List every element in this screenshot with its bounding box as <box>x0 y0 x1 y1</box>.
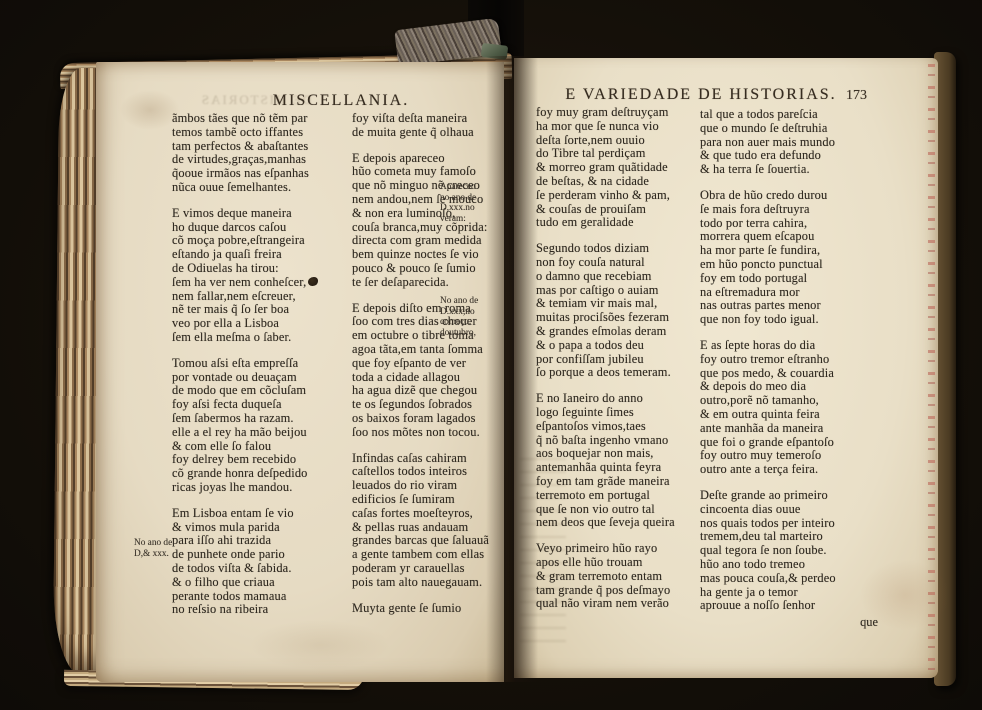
poem-line: E as ſepte horas do dia <box>700 339 878 353</box>
poem-line: por vontade ou deuaçam <box>172 371 354 385</box>
poem-line: o damno que recebiam <box>536 270 718 284</box>
right-running-title: E VARIEDADE DE HISTORIAS. <box>536 86 866 104</box>
poem-line: bem quinze noctes ſe vio <box>352 248 530 262</box>
poem-line: ſem ſabermos ha razam. <box>172 412 354 426</box>
poem-line: ſoo nos mõtes non tocou. <box>352 426 530 440</box>
poem-line: eſpantoſos vimos,taes <box>536 420 718 434</box>
poem-line: os baixos foram lagados <box>352 412 530 426</box>
clasp-fragment <box>481 43 509 60</box>
poem-line: foy viſta deſta maneira <box>352 112 530 126</box>
poem-line: & o filho que criaua <box>172 576 354 590</box>
right-page: E VARIEDADE DE HISTORIAS. 173 foy muy gr… <box>514 58 938 678</box>
poem-line: de beſtas, & na cidade <box>536 175 718 189</box>
margin-note-comet: Apareceono ano deD,xxx.noveram: <box>440 182 502 224</box>
poem-line: nas outras partes menor <box>700 299 878 313</box>
poem-line: ſo porque a deos temeram. <box>536 366 718 380</box>
poem-line: nũca ouue ſemelhantes. <box>172 181 354 195</box>
poem-line: & morreo gram quãtidade <box>536 161 718 175</box>
poem-line: caſtellos todos inteiros <box>352 465 530 479</box>
left-running-title: MISCELLANIA. <box>191 92 491 110</box>
book-photograph: { "scene": { "background_color": "#15110… <box>0 0 982 710</box>
poem-line: & pellas ruas andauam <box>352 521 530 535</box>
poem-line: Tomou aſsi eſta empreſſa <box>172 357 354 371</box>
poem-line: nẽ ter mais q̃ ſo ſer boa <box>172 303 354 317</box>
poem-line: veo por ella a Lisboa <box>172 317 354 331</box>
poem-line: de Odiuelas ha tirou: <box>172 262 354 276</box>
poem-line: eſtando ja quaſi freira <box>172 248 354 262</box>
red-sprinkled-fore-edge <box>928 64 935 670</box>
poem-line: aos boquejar non mais, <box>536 447 718 461</box>
margin-note-october: No ano deD.xxx,nocomeço.doutubro, <box>440 296 502 338</box>
stanza: Em Lisboa entam ſe vio& vimos mula parid… <box>172 507 354 617</box>
margin-note-line: D,& xxx. <box>134 549 172 560</box>
poem-line: & em outra quinta feira <box>700 408 878 422</box>
page-number: 173 <box>846 88 867 104</box>
poem-line: directa com gram medida <box>352 234 530 248</box>
poem-line: que foy eſpanto de ver <box>352 357 530 371</box>
poem-line: foy em todo portugal <box>700 272 878 286</box>
poem-line: Infindas caſas cahiram <box>352 452 530 466</box>
poem-line: poderam yr carauellas <box>352 562 530 576</box>
poem-line: ſem ella meſma o ſaber. <box>172 331 354 345</box>
poem-line: cõ moça pobre,eſtrangeira <box>172 234 354 248</box>
stanza: foy viſta deſta maneirade muita gente q̃… <box>352 112 530 140</box>
poem-line: todo por terra cahira, <box>700 217 878 231</box>
poem-line: mas por caſtigo o auiam <box>536 284 718 298</box>
margin-note-line: No ano de <box>440 296 502 307</box>
poem-line: outro ante a terça feira. <box>700 463 878 477</box>
poem-line: & gram terremoto entam <box>536 570 718 584</box>
poem-line: qual tegora ſe non ſoube. <box>700 544 878 558</box>
stanza: E as ſepte horas do diafoy outro tremor … <box>700 339 878 477</box>
poem-line: para iſſo ahi trazida <box>172 534 354 548</box>
poem-line: por confiſſam jubileu <box>536 353 718 367</box>
stanza: Segundo todos diziamnon foy couſa natura… <box>536 242 718 380</box>
poem-line: morrera quem eſcapou <box>700 230 878 244</box>
margin-note-line: começo. <box>440 317 502 328</box>
poem-line: E no Ianeiro do anno <box>536 392 718 406</box>
poem-line: que pos medo, & couardia <box>700 367 878 381</box>
poem-line: ſe mais fora deſtruyra <box>700 203 878 217</box>
stanza: Veyo primeiro hũo rayoapos elle hũo trou… <box>536 542 718 611</box>
poem-line: & que tudo era defundo <box>700 149 878 163</box>
poem-line: deſta ſorte,nem ouuio <box>536 134 718 148</box>
stanza: foy muy gram deſtruyçamha mor que ſe nun… <box>536 106 718 230</box>
poem-line: perante todos mamaua <box>172 590 354 604</box>
stanza: Tomou aſsi eſta empreſſapor vontade ou d… <box>172 357 354 495</box>
poem-line: pouco & pouco ſe ſumio <box>352 262 530 276</box>
poem-line: a gente tambem com ellas <box>352 548 530 562</box>
poem-line: temos tambẽ octo iffantes <box>172 126 354 140</box>
stanza: Obra de hũo credo durouſe mais fora deſt… <box>700 189 878 327</box>
poem-line: & o papa a todos deu <box>536 339 718 353</box>
poem-line: do Tibre tal perdiçam <box>536 147 718 161</box>
poem-line: foy outro tremor eſtranho <box>700 353 878 367</box>
poem-line: caſas fortes moeſteyros, <box>352 507 530 521</box>
poem-line: tam perfectos & abaſtantes <box>172 140 354 154</box>
stanza: E no Ianeiro do annologo ſeguinte ſimese… <box>536 392 718 530</box>
poem-line: tal que a todos pareſcia <box>700 108 878 122</box>
poem-line: foy aſsi fecta duqueſa <box>172 398 354 412</box>
margin-note-line: D,xxx.no <box>440 203 502 214</box>
poem-line: aprouue a noſſo ſenhor <box>700 599 878 613</box>
poem-line: na eſtremadura mor <box>700 286 878 300</box>
poem-line: & depois do meo dia <box>700 380 878 394</box>
poem-line: ãmbos tães que nõ tẽm par <box>172 112 354 126</box>
margin-note-line: Apareceo <box>440 182 502 193</box>
poem-line: te ſer deſaparecida. <box>352 276 530 290</box>
poem-line: de modo que em cõcluſam <box>172 384 354 398</box>
stanza: Deſte grande ao primeirocincoenta dias o… <box>700 489 878 613</box>
margin-note-line: doutubro, <box>440 328 502 339</box>
poem-line: ha mor parte ſe fundira, <box>700 244 878 258</box>
poem-line: & couſas de prouiſam <box>536 203 718 217</box>
poem-line: cõ grande honra deſpedido <box>172 467 354 481</box>
poem-line: ho duque darcos caſou <box>172 221 354 235</box>
poem-line: para non auer mais mundo <box>700 136 878 150</box>
poem-line: & vimos mula parida <box>172 521 354 535</box>
poem-line: Veyo primeiro hũo rayo <box>536 542 718 556</box>
stanza: ãmbos tães que nõ tẽm partemos tambẽ oct… <box>172 112 354 195</box>
poem-line: que non foy todo igual. <box>700 313 878 327</box>
margin-note-line: No ano de <box>134 538 172 549</box>
poem-line: pois tam alto nauegauam. <box>352 576 530 590</box>
poem-line: te os ſegundos ſobrados <box>352 398 530 412</box>
margin-note-line: D.xxx,no <box>440 307 502 318</box>
poem-line: edificios ſe ſumiram <box>352 493 530 507</box>
poem-line: cincoenta dias ouue <box>700 503 878 517</box>
margin-note-year: No ano deD,& xxx. <box>134 538 172 559</box>
poem-line: & grandes eſmolas deram <box>536 325 718 339</box>
poem-line: outro,porẽ nõ tamanho, <box>700 394 878 408</box>
poem-line: elle a el rey ha mão beijou <box>172 426 354 440</box>
poem-line: Segundo todos diziam <box>536 242 718 256</box>
poem-line: mas pouca couſa,& perdeo <box>700 572 878 586</box>
poem-line: ha gente ja o temor <box>700 586 878 600</box>
poem-line: Obra de hũo credo durou <box>700 189 878 203</box>
poem-line: de punhete onde pario <box>172 548 354 562</box>
stanza: Infindas caſas cahiramcaſtellos todos in… <box>352 452 530 590</box>
poem-line: leuados do rio viram <box>352 479 530 493</box>
poem-line: foy em tam grãde maneira <box>536 475 718 489</box>
margin-note-line: veram: <box>440 214 502 225</box>
poem-line: tremem,deu tal marteiro <box>700 530 878 544</box>
poem-line: ſe perderam vinho & pam, <box>536 189 718 203</box>
poem-line: toda a cidade allagou <box>352 371 530 385</box>
poem-line: q̃ nõ baſta ingenho vmano <box>536 434 718 448</box>
poem-line: logo ſeguinte ſimes <box>536 406 718 420</box>
poem-line: nos quais todos per inteiro <box>700 517 878 531</box>
poem-line: ante manhãa da maneira <box>700 422 878 436</box>
poem-line: E depois apareceo <box>352 152 530 166</box>
poem-line: & com elle ſo falou <box>172 440 354 454</box>
poem-line: que ſe non vio outro tal <box>536 503 718 517</box>
poem-line: & temiam vir mais mal, <box>536 297 718 311</box>
poem-line: que foi o grande eſpantoſo <box>700 436 878 450</box>
poem-line: foy outro muy temeroſo <box>700 449 878 463</box>
poem-line: no reſsio na ribeira <box>172 603 354 617</box>
poem-line: terremoto em portugal <box>536 489 718 503</box>
poem-line: hũo ano todo tremeo <box>700 558 878 572</box>
left-page-column-1: ãmbos tães que nõ tẽm partemos tambẽ oct… <box>172 112 354 629</box>
poem-line: apos elle hũo trouam <box>536 556 718 570</box>
poem-line: foy muy gram deſtruyçam <box>536 106 718 120</box>
poem-line: antemanhãa quinta feyra <box>536 461 718 475</box>
poem-line: ſem ha ver nem conheſcer, <box>172 276 354 290</box>
poem-line: non foy couſa natural <box>536 256 718 270</box>
left-page: DE HISTORIAS MISCELLANIA. ãmbos tães que… <box>96 62 504 682</box>
poem-line: & ha terra ſe ſouertia. <box>700 163 878 177</box>
poem-line: ha mor que ſe nunca vio <box>536 120 718 134</box>
poem-line: foy delrey bem recebido <box>172 453 354 467</box>
margin-note-line: no ano de <box>440 193 502 204</box>
poem-line: muitas prociſsões fezeram <box>536 311 718 325</box>
poem-line: ricas joyas lhe mandou. <box>172 481 354 495</box>
poem-line: E vimos deque maneira <box>172 207 354 221</box>
poem-line: Deſte grande ao primeiro <box>700 489 878 503</box>
poem-line: nem deos que ſeveja queira <box>536 516 718 530</box>
poem-line: hũo cometa muy famoſo <box>352 165 530 179</box>
poem-line: q̃ooue irmãos nas eſpanhas <box>172 167 354 181</box>
right-page-column-2: tal que a todos pareſciaque o mundo ſe d… <box>700 108 878 625</box>
poem-line: em hũo poncto punctual <box>700 258 878 272</box>
poem-line: agoa tãta,em tanta ſomma <box>352 343 530 357</box>
poem-line: de muita gente q̃ olhaua <box>352 126 530 140</box>
poem-line: de virtudes,graças,manhas <box>172 153 354 167</box>
poem-line: que o mundo ſe deſtruhia <box>700 122 878 136</box>
poem-line: tudo em geralidade <box>536 216 718 230</box>
stanza: tal que a todos pareſciaque o mundo ſe d… <box>700 108 878 177</box>
right-page-column-1: foy muy gram deſtruyçamha mor que ſe nun… <box>536 106 718 623</box>
poem-line: tam grande q̃ pos deſmayo <box>536 584 718 598</box>
poem-line: grandes barcas que ſaluauã <box>352 534 530 548</box>
poem-line: qual não viram nem verão <box>536 597 718 611</box>
poem-line: nem fallar,nem eſcreuer, <box>172 290 354 304</box>
poem-line: de todos viſta & ſabida. <box>172 562 354 576</box>
poem-line: ha agua dizẽ que chegou <box>352 384 530 398</box>
stanza: E vimos deque maneiraho duque darcos caſ… <box>172 207 354 345</box>
right-catchword: que <box>700 615 904 630</box>
poem-line: Em Lisboa entam ſe vio <box>172 507 354 521</box>
